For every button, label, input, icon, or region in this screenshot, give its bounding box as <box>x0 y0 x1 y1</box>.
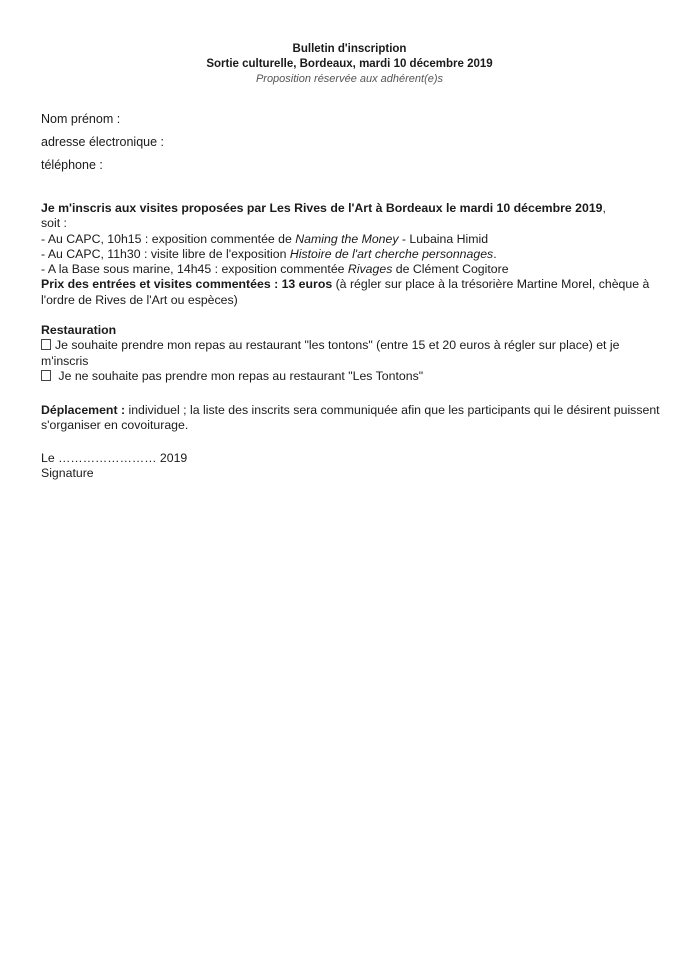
visits-intro-bold: Je m'inscris aux visites proposées par L… <box>41 201 603 215</box>
date-line: Le …………………… 2019 <box>41 451 661 466</box>
restauration-heading: Restauration <box>41 323 661 338</box>
option-yes-label: Je souhaite prendre mon repas au restaur… <box>41 338 619 367</box>
exhibition-title: Rivages <box>348 262 392 276</box>
members-only-note: Proposition réservée aux adhérent(e)s <box>20 72 679 86</box>
price-bold: Prix des entrées et visites commentées :… <box>41 277 332 291</box>
date-blank: …………………… <box>58 451 156 465</box>
deplacement-label: Déplacement : <box>41 403 125 417</box>
restauration-option-yes: Je souhaite prendre mon repas au restaur… <box>41 338 661 369</box>
restauration-option-no: Je ne souhaite pas prendre mon repas au … <box>41 369 661 384</box>
checkbox-meal-no[interactable] <box>41 370 51 381</box>
form-title: Bulletin d'inscription <box>20 42 679 57</box>
event-subtitle: Sortie culturelle, Bordeaux, mardi 10 dé… <box>20 57 679 72</box>
contact-fields: Nom prénom : adresse électronique : télé… <box>41 108 164 177</box>
visit-item: - Au CAPC, 10h15 : exposition commentée … <box>41 232 661 247</box>
visit-item: - Au CAPC, 11h30 : visite libre de l'exp… <box>41 247 661 262</box>
visits-intro: Je m'inscris aux visites proposées par L… <box>41 201 661 216</box>
exhibition-title: Histoire de l'art cherche personnages <box>290 247 493 261</box>
option-no-label: Je ne souhaite pas prendre mon repas au … <box>55 369 423 383</box>
visit-item: - A la Base sous marine, 14h45 : exposit… <box>41 262 661 277</box>
restauration-section: Restauration Je souhaite prendre mon rep… <box>41 323 661 384</box>
signature-section: Le …………………… 2019 Signature <box>41 451 661 482</box>
phone-field-label: téléphone : <box>41 154 164 177</box>
deplacement-text: individuel ; la liste des inscrits sera … <box>41 403 660 432</box>
name-field-label: Nom prénom : <box>41 108 164 131</box>
document-header: Bulletin d'inscription Sortie culturelle… <box>0 42 679 86</box>
checkbox-meal-yes[interactable] <box>41 339 51 350</box>
visits-soit: soit : <box>41 216 661 231</box>
email-field-label: adresse électronique : <box>41 131 164 154</box>
price-info: Prix des entrées et visites commentées :… <box>41 277 661 308</box>
visits-section: Je m'inscris aux visites proposées par L… <box>41 201 661 308</box>
visits-intro-rest: , <box>603 201 606 215</box>
document-page: Bulletin d'inscription Sortie culturelle… <box>0 0 679 959</box>
signature-label: Signature <box>41 466 661 481</box>
deplacement-section: Déplacement : individuel ; la liste des … <box>41 403 661 434</box>
exhibition-title: Naming the Money <box>295 232 398 246</box>
